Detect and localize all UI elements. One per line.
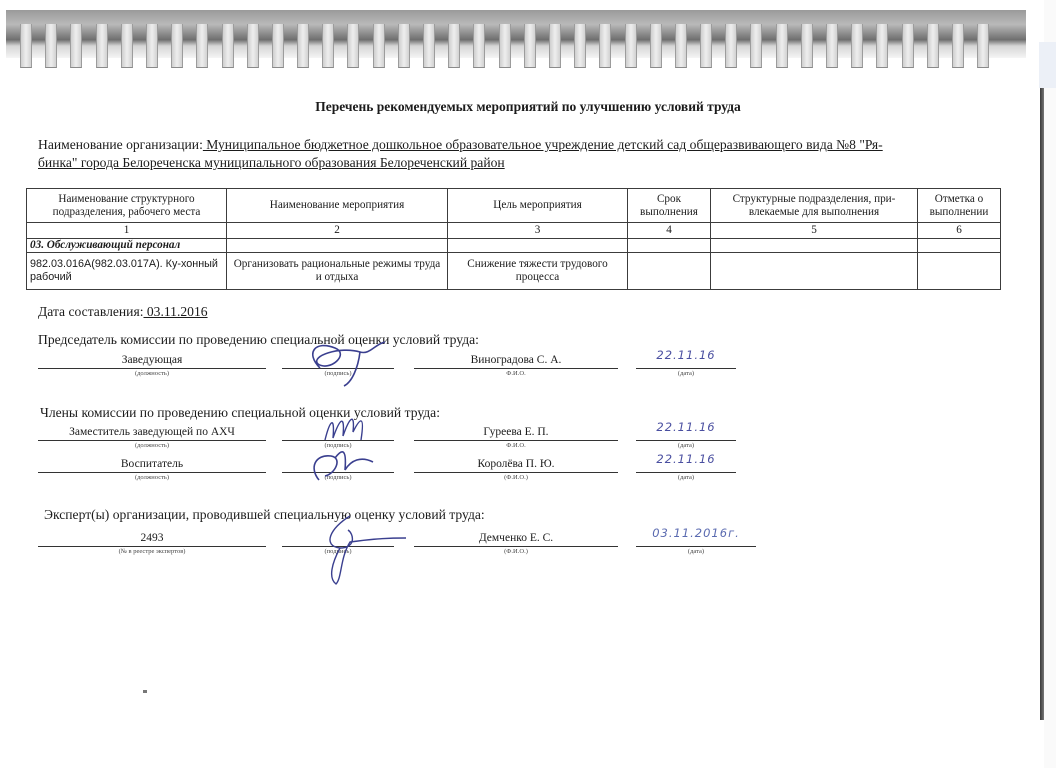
member-date-field: 22.11.16 (дата) (636, 458, 736, 494)
position-caption: (должность) (38, 474, 266, 481)
cell-departments (711, 253, 918, 290)
registry-caption: (№ в реестре экспертов) (38, 548, 266, 555)
member-date: 22.11.16 (636, 452, 736, 466)
member-name: Королёва П. Ю. (414, 458, 618, 470)
chairman-date: 22.11.16 (636, 348, 736, 362)
chairman-position-field: Заведующая (должность) (38, 354, 266, 390)
column-number: 1 (27, 223, 227, 239)
member-position-field: Заместитель заведующей по АХЧ (должность… (38, 426, 266, 462)
position-caption: (должность) (38, 442, 266, 449)
scan-speck (143, 690, 147, 693)
expert-registry-number: 2493 (38, 532, 266, 544)
organization-block: Наименование организации: Муниципальное … (38, 136, 998, 172)
document-title: Перечень рекомендуемых мероприятий по ул… (0, 99, 1056, 115)
cell-workplace: 982.03.016А(982.03.017А). Ку-хонный рабо… (27, 253, 227, 290)
member-signature-row: Воспитатель (должность) (подпись) Королё… (38, 458, 738, 494)
member-name-field: Королёва П. Ю. (Ф.И.О.) (414, 458, 618, 494)
member-position: Воспитатель (38, 458, 266, 470)
compiled-date-line: Дата составления: 03.11.2016 (38, 304, 208, 320)
binding-rings (20, 24, 989, 68)
spiral-binding (6, 10, 1026, 58)
name-caption: Ф.И.О. (414, 370, 618, 377)
compiled-date-label: Дата составления: (38, 304, 143, 319)
organization-name-line1: Муниципальное бюджетное дошкольное образ… (203, 137, 883, 152)
scan-margin (1044, 0, 1056, 768)
chairman-name: Виноградова С. А. (414, 354, 618, 366)
cell-goal: Снижение тяжести трудового процесса (448, 253, 628, 290)
column-number: 6 (918, 223, 1001, 239)
header-workplace: Наименование структурного подразделения,… (27, 189, 227, 223)
page-edge-tab (1039, 42, 1056, 88)
header-deadline: Срок выполнения (628, 189, 711, 223)
member-signatures-scribble (305, 410, 385, 490)
chairman-heading: Председатель комиссии по проведению спец… (38, 332, 479, 348)
section-row: 03. Обслуживающий персонал (27, 239, 1001, 253)
chairman-name-field: Виноградова С. А. Ф.И.О. (414, 354, 618, 390)
position-caption: (должность) (38, 370, 266, 377)
date-caption: (дата) (636, 474, 736, 481)
date-caption: (дата) (636, 548, 756, 555)
date-caption: (дата) (636, 370, 736, 377)
member-signature-row: Заместитель заведующей по АХЧ (должность… (38, 426, 738, 462)
date-caption: (дата) (636, 442, 736, 449)
expert-signature-scribble (310, 508, 420, 588)
header-measure: Наименование мероприятия (227, 189, 448, 223)
column-number: 2 (227, 223, 448, 239)
chairman-signature-scribble (300, 338, 390, 388)
expert-date-field: 03.11.2016г. (дата) (636, 532, 756, 568)
empty-cell (918, 239, 1001, 253)
cell-measure: Организовать рациональные режимы труда и… (227, 253, 448, 290)
chairman-date-field: 22.11.16 (дата) (636, 354, 736, 390)
empty-cell (711, 239, 918, 253)
column-number: 5 (711, 223, 918, 239)
compiled-date-value: 03.11.2016 (143, 304, 207, 319)
organization-name-line2: бинка" города Белореченска муниципальног… (38, 155, 505, 170)
empty-cell (227, 239, 448, 253)
table-header-row: Наименование структурного подразделения,… (27, 189, 1001, 223)
column-number: 4 (628, 223, 711, 239)
header-departments: Структурные подразделения, при-влекаемые… (711, 189, 918, 223)
cell-completion-mark (918, 253, 1001, 290)
column-number-row: 1 2 3 4 5 6 (27, 223, 1001, 239)
expert-date: 03.11.2016г. (636, 526, 756, 540)
measures-table: Наименование структурного подразделения,… (26, 188, 1001, 290)
expert-name: Демченко Е. С. (414, 532, 618, 544)
empty-cell (628, 239, 711, 253)
page-edge-shadow (1040, 80, 1044, 720)
organization-label: Наименование организации: (38, 137, 203, 152)
section-title: 03. Обслуживающий персонал (27, 239, 227, 253)
member-name-field: Гуреева Е. П. Ф.И.О. (414, 426, 618, 462)
name-caption: (Ф.И.О.) (414, 474, 618, 481)
header-completion: Отметка о выполнении (918, 189, 1001, 223)
member-position: Заместитель заведующей по АХЧ (38, 426, 266, 438)
expert-name-field: Демченко Е. С. (Ф.И.О.) (414, 532, 618, 568)
member-position-field: Воспитатель (должность) (38, 458, 266, 494)
member-date: 22.11.16 (636, 420, 736, 434)
table-row: 982.03.016А(982.03.017А). Ку-хонный рабо… (27, 253, 1001, 290)
name-caption: (Ф.И.О.) (414, 548, 618, 555)
name-caption: Ф.И.О. (414, 442, 618, 449)
column-number: 3 (448, 223, 628, 239)
cell-deadline (628, 253, 711, 290)
empty-cell (448, 239, 628, 253)
member-name: Гуреева Е. П. (414, 426, 618, 438)
header-goal: Цель мероприятия (448, 189, 628, 223)
chairman-position: Заведующая (38, 354, 266, 366)
expert-registry-field: 2493 (№ в реестре экспертов) (38, 532, 266, 568)
